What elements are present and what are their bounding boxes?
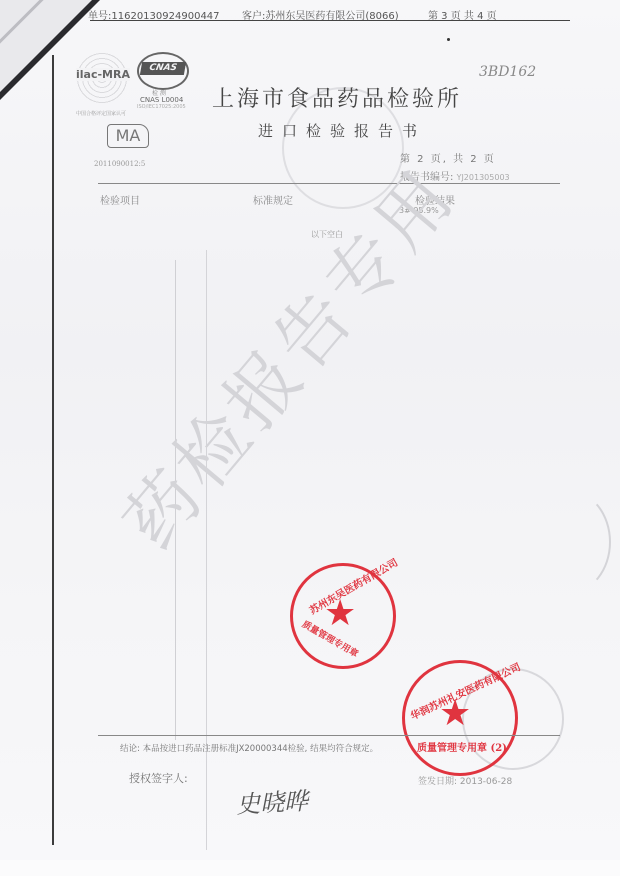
- cnas-standard: ISO/IEC17025:2005: [137, 104, 186, 110]
- cnas-id: CNAS L0004: [140, 96, 183, 104]
- table-bottom-rule: [98, 735, 560, 736]
- conclusion-text: 结论: 本品按进口药品注册标准JX20000344检验, 结果均符合规定。: [120, 742, 378, 754]
- order-number: 单号:11620130924900447: [88, 7, 220, 22]
- report-number-value: YJ201305003: [457, 173, 510, 182]
- cnas-logo: CNAS: [137, 52, 189, 90]
- institute-title: 上海市食品药品检验所: [212, 82, 462, 113]
- table-top-rule: [98, 183, 560, 184]
- company-seal-dongwu: ★ 苏州东吴医药有限公司 质量管理专用章: [290, 563, 396, 669]
- ilac-label: ilac-MRA: [76, 68, 130, 81]
- ink-dot: [447, 38, 450, 41]
- column-header-standard: 标准规定: [253, 192, 293, 207]
- cma-logo: MA: [107, 124, 149, 148]
- ilac-mra-logo: ilac-MRA 中国合格评定国家认可: [74, 50, 130, 106]
- page-counter: 第 3 页 共 4 页: [428, 7, 497, 22]
- faint-seal-partial: [527, 490, 611, 594]
- customer-name: 客户:苏州东吴医药有限公司(8066): [242, 7, 399, 22]
- scanned-report-page: 单号:11620130924900447 客户:苏州东吴医药有限公司(8066)…: [0, 0, 620, 876]
- left-border-rule: [52, 55, 54, 845]
- handwritten-signature: 史晓晔: [235, 781, 309, 820]
- company-seal-lian: ★ 华润苏州礼安医药有限公司 质量管理专用章 (2): [402, 660, 518, 776]
- ilac-sub: 中国合格评定国家认可: [76, 110, 126, 117]
- issue-date: 签发日期: 2013-06-28: [418, 774, 512, 787]
- scan-line: [206, 250, 207, 850]
- handwritten-code: 3BD162: [479, 64, 536, 80]
- seal-bottom-text: 质量管理专用章 (2): [417, 739, 507, 754]
- scan-bottom-margin: [0, 860, 620, 876]
- cma-number: 2011090012:5: [94, 160, 145, 168]
- column-header-item: 检验项目: [100, 192, 140, 207]
- report-title: 进口检验报告书: [258, 120, 426, 141]
- cnas-label: CNAS: [140, 62, 186, 75]
- signer-label: 授权签字人:: [129, 770, 188, 786]
